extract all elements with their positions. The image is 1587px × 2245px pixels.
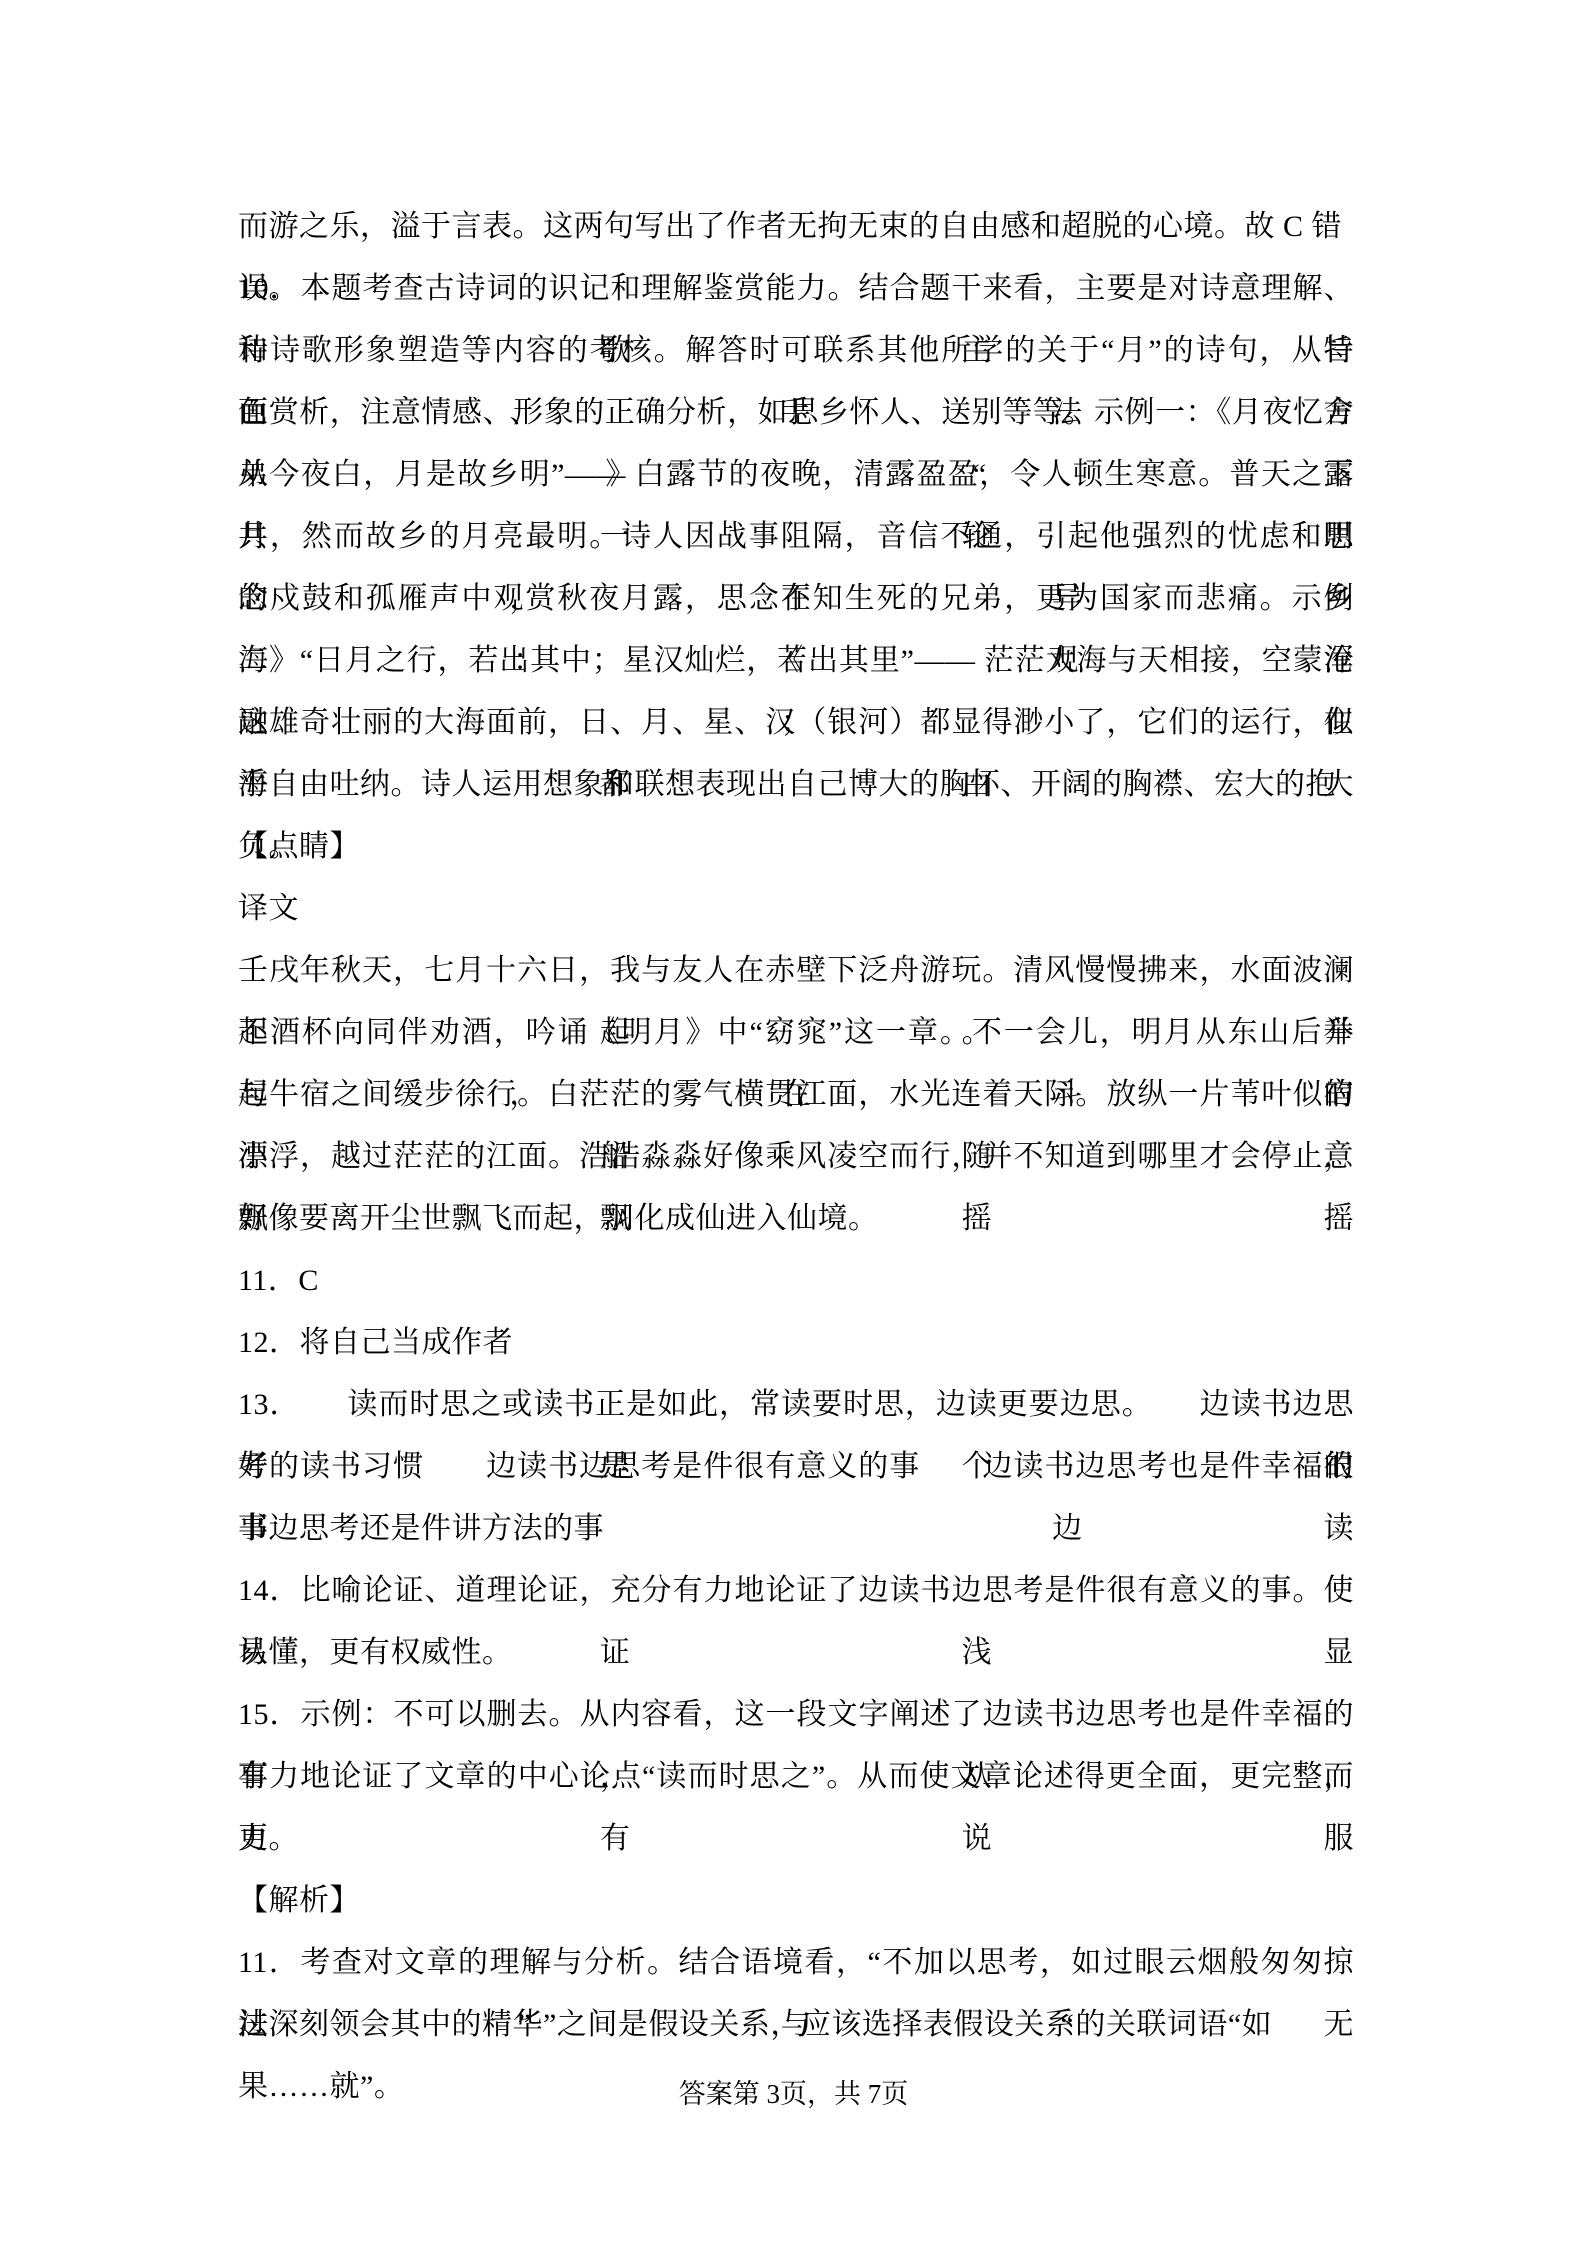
text-line: 这雄奇壮丽的大海面前，日、月、星、汉（银河）都显得渺小了，它们的运行，似乎都由大 — [238, 692, 1354, 754]
text-line: 从今夜白，月是故乡明”—— 白露节的夜晚，清露盈盈，令人顿生寒意。普天之下共一轮… — [238, 444, 1354, 506]
text-line: 11．C — [238, 1250, 1354, 1312]
text-line: 15．示例：不可以删去。从内容看，这一段文字阐述了边读书边思考也是件幸福的事，从… — [238, 1684, 1354, 1746]
text-line: 14．比喻论证、道理论证，充分有力地论证了边读书边思考是件很有意义的事。使认证浅… — [238, 1560, 1354, 1622]
text-line: 【解析】 — [238, 1870, 1354, 1932]
text-line: 好的读书习惯 边读书边思考是件很有意义的事 边读书边思考也是件幸福的事 边读 — [238, 1436, 1354, 1498]
text-line: 海自由吐纳。诗人运用想象和联想表现出自己博大的胸怀、开阔的胸襟、宏大的抱负。 — [238, 754, 1354, 816]
text-line: 法深刻领会其中的精华”之间是假设关系，应该选择表假设关系的关联词语“如果……就”… — [238, 1994, 1354, 2056]
text-line: 10．本题考查古诗词的识记和理解鉴赏能力。结合题干来看，主要是对诗意理解、诗歌主… — [238, 258, 1354, 320]
text-line: 有力地论证了文章的中心论点“读而时思之”。从而使文章论述得更全面，更完整，更有说… — [238, 1746, 1354, 1808]
text-line: 11．考查对文章的理解与分析。结合语境看，“不加以思考，如过眼云烟般匆匆掠过”与… — [238, 1932, 1354, 1994]
document-page: 而游之乐，溢于言表。这两句写出了作者无拘无束的自由感和超脱的心境。故 C 错误。… — [0, 0, 1587, 2245]
text-line: 12．将自己当成作者 — [238, 1312, 1354, 1374]
text-line: 与牛宿之间缓步徐行。白茫茫的雾气横贯江面，水光连着天际。放纵一片苇叶似的小船随意 — [238, 1064, 1354, 1126]
text-line: 壬戌年秋天，七月十六日，我与友人在赤壁下泛舟游玩。清风慢慢拂来，水面波澜不起。举 — [238, 940, 1354, 1002]
text-line: 的戍鼓和孤雁声中观赏秋夜月露，思念不知生死的兄弟，更为国家而悲痛。示例二：《观沧 — [238, 568, 1354, 630]
text-line: 面赏析，注意情感、形象的正确分析，如思乡怀人、送别等等。示例一：《月夜忆舍弟》“… — [238, 382, 1354, 444]
text-line: 漂浮，越过茫茫的江面。浩浩淼淼好像乘风凌空而行，并不知道到哪里才会停止，飘飘摇摇 — [238, 1126, 1354, 1188]
text-line: 【点睛】 — [238, 816, 1354, 878]
answer-text-block: 而游之乐，溢于言表。这两句写出了作者无拘无束的自由感和超脱的心境。故 C 错误。… — [238, 196, 1354, 2056]
text-line: 海》“日月之行，若出其中；星汉灿烂，若出其里”—— 茫茫大海与天相接，空蒙浑融；… — [238, 630, 1354, 692]
text-line: 和诗歌形象塑造等内容的考核。解答时可联系其他所学的关于“月”的诗句，从特色、手法… — [238, 320, 1354, 382]
page-footer: 答案第 3页，共 7页 — [0, 2072, 1587, 2116]
text-line: 译文 — [238, 878, 1354, 940]
text-line: 13． 读而时思之或读书正是如此，常读要时思，边读更要边思。 边读书边思考是个很 — [238, 1374, 1354, 1436]
text-line: 而游之乐，溢于言表。这两句写出了作者无拘无束的自由感和超脱的心境。故 C 错误。 — [238, 196, 1354, 258]
text-line: 月，然而故乡的月亮最明。诗人因战事阻隔，音信不通，引起他强烈的忧虑和思念，在异乡 — [238, 506, 1354, 568]
text-line: 起酒杯向同伴劝酒，吟诵《明月》中“窈窕”这一章。不一会儿，明月从东山后升起，在斗… — [238, 1002, 1354, 1064]
